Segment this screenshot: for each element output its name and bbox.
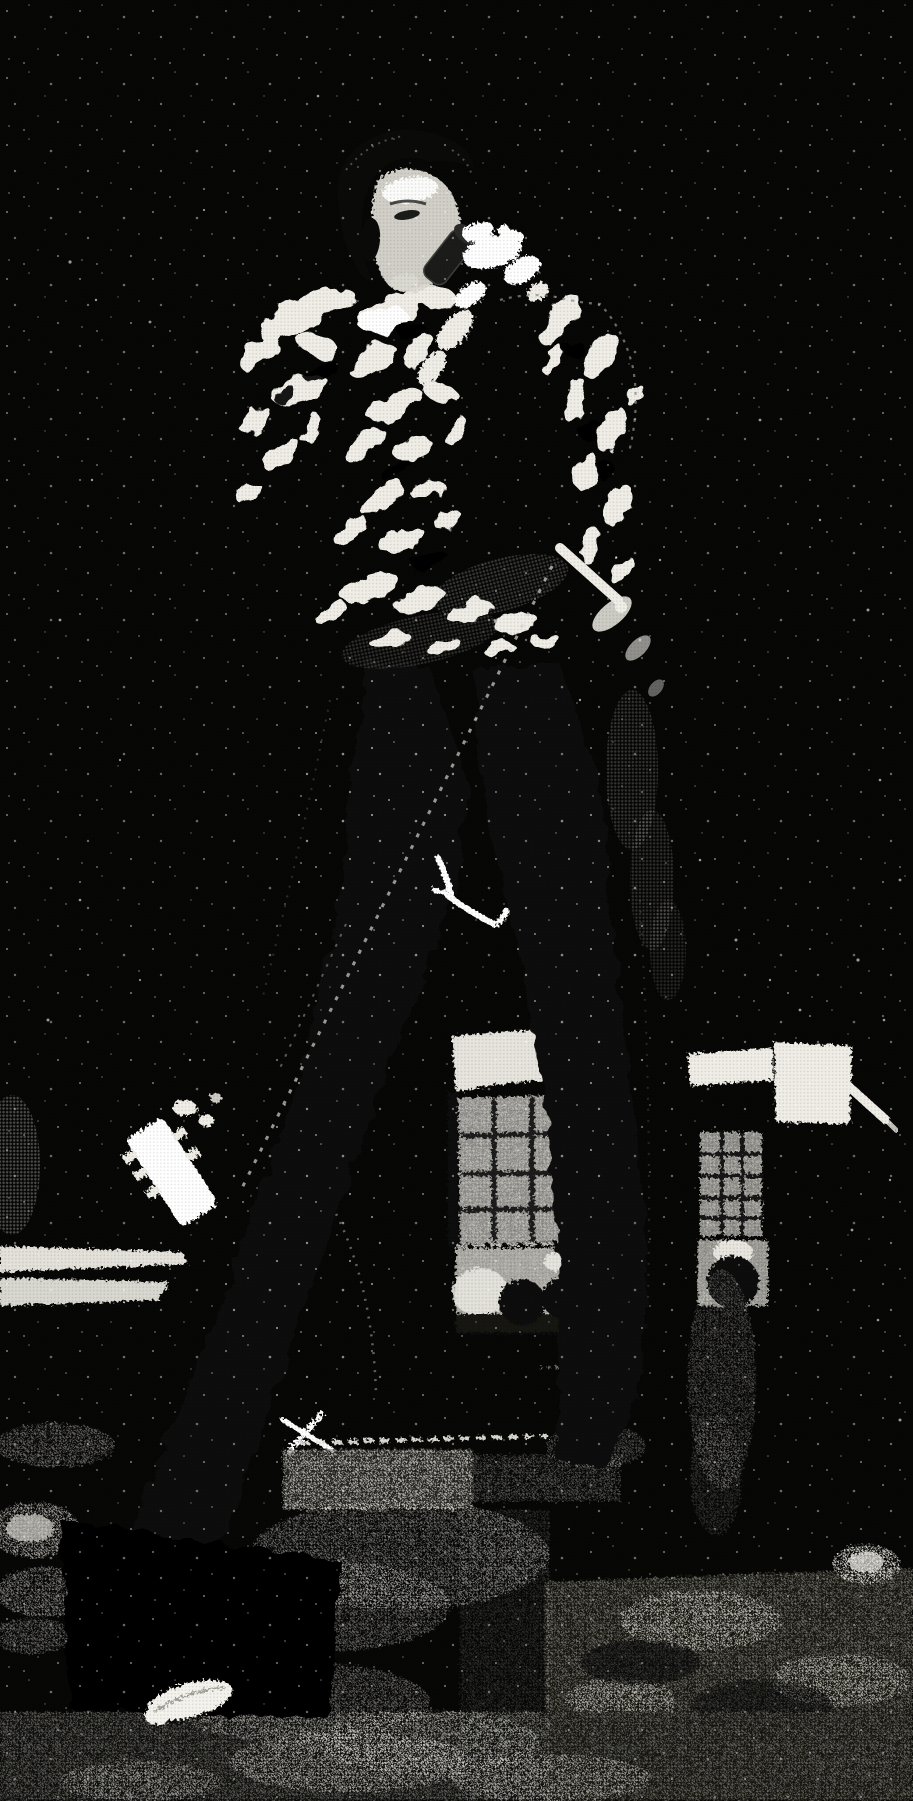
newspaper-photo: Halftone newspaper photograph of a rock …	[0, 0, 913, 1801]
photo-canvas: Halftone newspaper photograph of a rock …	[0, 0, 913, 1801]
halftone-overlay	[0, 0, 913, 1801]
